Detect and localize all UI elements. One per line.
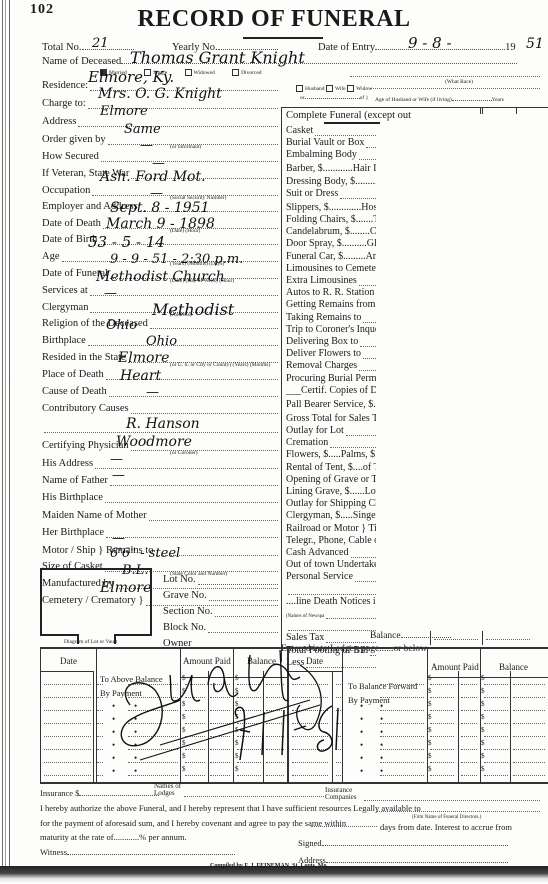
ledger-entry-line[interactable]	[380, 751, 424, 763]
field-row[interactable]: Her Birthplace	[42, 525, 278, 538]
charge-item[interactable]: Slippers, $.............Hos	[286, 201, 376, 213]
lot-diagram-border	[40, 634, 78, 636]
charge-item-label: ....line Death Notices in	[286, 596, 376, 607]
field-line	[288, 587, 376, 595]
charge-item[interactable]: Delivering Box to	[286, 335, 376, 347]
tick-mark	[480, 108, 481, 114]
field-line	[330, 440, 376, 448]
dollar-sign: $	[428, 726, 432, 734]
ledger-border	[40, 649, 41, 782]
age-value: 53 - 5 - 14	[88, 233, 165, 251]
lot-diagram-border	[114, 634, 152, 636]
field-line	[360, 339, 376, 347]
charge-item-label: Embalming Body	[286, 149, 357, 160]
charge-item[interactable]: Cremation	[286, 436, 376, 448]
charge-item[interactable]	[286, 619, 376, 631]
charge-item[interactable]: Trip to Coroner's Inquest	[286, 323, 376, 335]
widowed-checkbox[interactable]: Widowed	[185, 70, 215, 76]
charge-item[interactable]: ....line Death Notices in	[286, 595, 376, 607]
father-birthplace-value: —	[112, 468, 125, 483]
charge-item[interactable]: Funeral Car, $.........Amb	[286, 250, 376, 262]
charge-item-label: Personal Service	[286, 571, 353, 582]
field-line	[351, 550, 377, 558]
ledger-entry-line[interactable]	[380, 725, 424, 737]
husband-checkbox[interactable]: Husband	[296, 86, 325, 92]
ledger-entry-line[interactable]	[513, 712, 545, 724]
ledger-entry-line[interactable]	[513, 699, 545, 711]
charge-item[interactable]: Clergyman, $.....Singers, $	[286, 509, 376, 521]
charge-item-label: Flowers, $.....Palms, $	[286, 449, 375, 460]
field-label: Address	[42, 116, 76, 127]
spouse-line	[370, 88, 540, 89]
ledger-entry-line[interactable]	[513, 673, 545, 685]
charge-item-label: Delivering Box to	[286, 336, 358, 347]
tick-mark	[516, 108, 517, 114]
field-line	[90, 287, 278, 296]
ledger-entry-line[interactable]	[461, 699, 477, 711]
charge-item[interactable]: Casket	[286, 124, 376, 136]
year-prefix: 19	[505, 42, 516, 53]
field-label: Residence:	[42, 80, 88, 91]
charge-item-label: Candelabrum, $........Can	[286, 226, 376, 237]
address-field[interactable]: Address	[298, 855, 508, 865]
ledger-entry-line[interactable]	[44, 725, 91, 737]
charge-item[interactable]: Autos to R. R. Station	[286, 286, 376, 298]
charge-item-label: Opening of Grave or Tomb	[286, 474, 376, 485]
occupation-value: Ash. Ford Mot.	[100, 169, 206, 185]
dollar-sign: $	[481, 765, 485, 773]
religion-value: Methodist	[152, 300, 234, 319]
ledger-header-rule	[40, 671, 93, 672]
ledger-bullet: •	[360, 753, 363, 763]
field-line	[106, 529, 278, 538]
ledger-bullet: •	[380, 740, 383, 750]
age-spouse-field[interactable]: Age of Husband or Wife (if living)Years	[375, 97, 504, 103]
charge-item-label: Cash Advanced	[286, 547, 349, 558]
ledger-entry-line[interactable]	[513, 764, 545, 776]
charge-item-label: Slippers, $.............Hos	[286, 202, 376, 213]
charge-item[interactable]: Cash Advanced	[286, 546, 376, 558]
charge-item-label: Burial Vault or Box	[286, 137, 364, 148]
ledger-entry-line[interactable]	[430, 673, 454, 685]
ledger-entry-line[interactable]	[44, 699, 91, 711]
field-line	[78, 118, 278, 127]
field-line	[88, 337, 278, 346]
field-line	[363, 351, 376, 359]
ledger-right-amount-header: Amount Paid	[431, 662, 479, 672]
lot-diagram-box	[40, 568, 152, 636]
date-of-funeral-value: 9 - 9 - 51 - 2:30 p.m.	[110, 252, 243, 267]
field-line	[208, 624, 278, 633]
dollar-sign: $	[481, 752, 485, 760]
charge-item[interactable]: Getting Remains from	[286, 298, 376, 310]
size-of-casket-value: 6'6" - steel	[110, 546, 180, 561]
date-of-entry-label: Date of Entry	[318, 42, 375, 53]
charge-item[interactable]: Lining Grave, $......Lowe	[286, 485, 376, 497]
charge-item-label: Barber, $............Hair I	[286, 163, 376, 174]
field-line	[131, 405, 278, 414]
ledger-entry-line[interactable]	[380, 712, 424, 724]
page-binding-edge	[0, 0, 14, 884]
charge-item[interactable]: Sales Tax	[286, 631, 376, 643]
field-label: Order given by	[42, 134, 106, 145]
dollar-sign: $	[428, 752, 432, 760]
charge-item[interactable]	[286, 583, 376, 595]
date-of-birth-value: March 9 - 1898	[106, 216, 215, 232]
charge-item[interactable]: Candelabrum, $........Can	[286, 225, 376, 237]
charge-item[interactable]: Flowers, $.....Palms, $	[286, 448, 376, 460]
charge-item-label: Deliver Flowers to	[286, 348, 361, 359]
charge-item[interactable]: Suit or Dress	[286, 187, 376, 199]
field-line	[359, 278, 376, 286]
charge-item[interactable]: Pall Bearer Service, $.... U	[286, 398, 376, 410]
field-row[interactable]: Name of Father	[42, 473, 278, 486]
dollar-sign: $	[481, 713, 485, 721]
balance-line	[486, 631, 530, 640]
charge-item-label: Autos to R. R. Station	[286, 287, 374, 298]
place-of-death-value: Elmore	[118, 350, 169, 366]
witness-field[interactable]: Witness	[40, 847, 235, 857]
ledger-right-balance-header: Balance	[499, 662, 528, 672]
charge-item[interactable]: Deliver Flowers to	[286, 347, 376, 359]
field-line	[326, 635, 376, 643]
insurance-companies-field[interactable]	[364, 792, 540, 801]
employer-value: —	[150, 186, 163, 201]
charge-item-label: Limousines to Cemetery	[286, 263, 376, 274]
field-label: His Birthplace	[42, 492, 103, 503]
ledger-entry-line[interactable]	[513, 751, 545, 763]
charge-item[interactable]: Out of town Undertaker's C	[286, 558, 376, 570]
charge-item-label: Railroad or Motor } Tickets, $	[286, 523, 376, 534]
resided-in-state-value: Ohio	[146, 334, 177, 349]
physician-value: R. Hanson	[126, 416, 200, 432]
field-label: Resided in the State	[42, 352, 126, 363]
charge-item[interactable]: Extra Limousines	[286, 274, 376, 286]
deceased-name-value: Thomas Grant Knight	[130, 48, 305, 67]
ledger-col	[93, 671, 94, 782]
charge-item-label: Out of town Undertaker's C	[286, 559, 376, 570]
field-line	[355, 574, 376, 582]
firm-name-label: (Firm Name of Funeral Directors.)	[412, 815, 481, 820]
payment-date-handwriting	[228, 700, 358, 770]
spouse-status-group: Husband Wife Widow	[296, 85, 372, 92]
ledger-bullet: •	[380, 753, 383, 763]
widow-checkbox[interactable]: Widow	[347, 86, 372, 92]
field-line	[109, 388, 278, 397]
ledger-entry-line[interactable]	[461, 764, 477, 776]
ledger-entry-line[interactable]	[430, 738, 454, 750]
residence-value: Elmore, Ky.	[88, 68, 174, 86]
contributory-causes-value: —	[146, 385, 159, 400]
lodges-field[interactable]	[184, 788, 324, 797]
insurance-field[interactable]: Insurance $	[40, 788, 159, 798]
charge-item[interactable]: Railroad or Motor } Tickets, $	[286, 522, 376, 534]
field-line	[346, 428, 376, 436]
ledger-entry-line[interactable]	[513, 686, 545, 698]
ledger-entry-line[interactable]	[513, 725, 545, 737]
race-line	[350, 76, 540, 77]
field-line	[110, 477, 278, 486]
charge-item[interactable]: (Names of Newspa	[286, 607, 376, 619]
field-label: Birthplace	[42, 335, 86, 346]
ledger-bullet: •	[380, 766, 383, 776]
charge-item[interactable]: Taking Remains to	[286, 311, 376, 323]
ledger-bullet: •	[360, 714, 363, 724]
ledger-left-date-header: Date	[60, 656, 77, 666]
ledger-entry-line[interactable]	[44, 751, 91, 763]
charge-item[interactable]: Personal Service	[286, 570, 376, 582]
ledger-entry-line[interactable]	[380, 764, 424, 776]
days-text: days from date. Interest to accrue from	[380, 822, 512, 832]
ledger-bullet: •	[380, 714, 383, 724]
ledger-entry-line[interactable]	[44, 673, 91, 685]
charge-item-label: Lining Grave, $......Lowe	[286, 486, 376, 497]
ledger-entry-line[interactable]	[484, 725, 508, 737]
ledger-bullet: •	[360, 740, 363, 750]
ledger-entry-line[interactable]	[44, 712, 91, 724]
field-label: How Secured	[42, 151, 99, 162]
charge-item-label: Trip to Coroner's Inquest	[286, 324, 376, 335]
lot-field-label: Section No.	[163, 606, 213, 617]
lot-field-row[interactable]: Lot No.	[163, 572, 278, 585]
field-line	[150, 320, 278, 329]
ledger-col	[458, 671, 459, 782]
what-race-label: (What Race)	[445, 79, 473, 85]
lot-field-row[interactable]: Grave No.	[163, 588, 278, 601]
field-line	[288, 623, 376, 631]
charge-item-label: Folding Chairs, $.......Tar	[286, 214, 376, 225]
charge-item-label: Sales Tax	[286, 632, 324, 643]
ledger-entry-line[interactable]	[484, 699, 508, 711]
lot-field-label: Block No.	[163, 622, 206, 633]
field-line	[215, 608, 278, 617]
year-value: 51	[526, 36, 544, 52]
authorize-text: I hereby authorize the above Funeral, an…	[40, 803, 421, 813]
field-line	[149, 512, 278, 521]
charge-item-label: Cremation	[286, 437, 328, 448]
field-label: Contributory Causes	[42, 403, 129, 414]
dollar-sign: $	[428, 765, 432, 773]
ledger-entry-line[interactable]	[484, 712, 508, 724]
ledger-entry-line[interactable]	[380, 686, 424, 698]
lot-field-row[interactable]: Block No.	[163, 620, 278, 633]
lodges-label: Names of Lodges	[154, 783, 184, 797]
charge-item[interactable]: Gross Total for Sales Tax	[286, 412, 376, 424]
field-row[interactable]: His Address	[42, 456, 278, 469]
charge-item[interactable]: Rental of Tent, $....of Tem	[286, 461, 376, 473]
ledger-col	[510, 671, 511, 782]
dollar-sign: $	[428, 687, 432, 695]
field-line	[315, 128, 376, 136]
charge-item[interactable]: Limousines to Cemetery	[286, 262, 376, 274]
field-label: Services at	[42, 285, 88, 296]
ledger-entry-line[interactable]	[430, 699, 454, 711]
insurance-companies-label: Insurance Companies	[325, 787, 365, 801]
firm-name-field[interactable]	[376, 803, 540, 812]
ledger-bullet: •	[360, 701, 363, 711]
charge-item[interactable]: Embalming Body	[286, 148, 376, 160]
lot-field-label: Grave No.	[163, 590, 207, 601]
ledger-bullet: •	[360, 727, 363, 737]
ledger-entry-line[interactable]	[430, 712, 454, 724]
dollar-sign: $	[428, 739, 432, 747]
charge-item-label: Funeral Car, $.........Amb	[286, 251, 376, 262]
field-label: Age	[42, 251, 60, 262]
charge-item-label: Getting Remains from	[286, 299, 375, 310]
field-label: Maiden Name of Mother	[42, 510, 147, 521]
dollar-sign: $	[481, 700, 485, 708]
field-line	[326, 611, 376, 619]
field-label: Place of Death	[42, 369, 104, 380]
ledger-entry-line[interactable]	[461, 712, 477, 724]
ledger-entry-line[interactable]	[430, 764, 454, 776]
ledger-entry-line[interactable]	[484, 686, 508, 698]
field-row[interactable]: His Birthplace	[42, 490, 278, 503]
days-field[interactable]	[311, 818, 377, 827]
form-title: RECORD OF FUNERAL	[0, 6, 548, 33]
charge-item[interactable]: Folding Chairs, $.......Tar	[286, 213, 376, 225]
ledger-bullet: •	[360, 766, 363, 776]
charge-item-label: Outlay for Shipping Charge	[286, 498, 376, 509]
deceased-name-label: Name of Deceased	[42, 56, 121, 67]
charge-item-label: Dressing Body, $..........U	[286, 176, 376, 187]
ledger-entry-line[interactable]	[484, 738, 508, 750]
field-row[interactable]: Maiden Name of Mother	[42, 508, 278, 521]
ledger-entry-line[interactable]	[430, 725, 454, 737]
ledger-entry-line[interactable]	[380, 738, 424, 750]
spouse-or-of: orof }	[300, 95, 368, 101]
maturity-text: maturity at the rate of............% per…	[40, 832, 187, 842]
signed-field[interactable]: Signed	[298, 838, 508, 848]
remains-to-value: —	[112, 531, 125, 546]
charge-item[interactable]: Removal Charges	[286, 359, 376, 371]
charge-item-label: Gross Total for Sales Tax	[286, 413, 376, 424]
ledger-entry-line[interactable]	[380, 673, 424, 685]
date-of-death-value: Sept. 8 - 1951	[110, 200, 210, 216]
charge-item-label: Removal Charges	[286, 360, 357, 371]
charge-item-label: Extra Limousines	[286, 275, 357, 286]
charge-item-label: Taking Remains to	[286, 312, 361, 323]
total-no-field[interactable]: Total No.	[42, 42, 134, 53]
balance-line	[434, 631, 478, 640]
ledger-bullet: •	[380, 701, 383, 711]
field-label: Cause of Death	[42, 386, 107, 397]
field-line	[101, 153, 278, 162]
title-underline	[243, 37, 323, 39]
ledger-entry-line[interactable]	[430, 751, 454, 763]
divorced-checkbox[interactable]: Divorced	[232, 70, 261, 76]
charge-item-label: Rental of Tent, $....of Tem	[286, 462, 376, 473]
charge-to-value: Mrs. O. G. Knight	[98, 86, 222, 102]
ledger-entry-line[interactable]	[484, 673, 508, 685]
cause-of-death-value: Heart	[120, 368, 161, 384]
ledger-entry-line[interactable]	[430, 686, 454, 698]
charge-item[interactable]: Outlay for Lot	[286, 424, 376, 436]
charge-item-label: Procuring Burial Permit	[286, 373, 376, 384]
dollar-sign: $	[481, 739, 485, 747]
dollar-sign: $	[428, 674, 432, 682]
ledger-entry-line[interactable]	[461, 686, 477, 698]
field-row[interactable]: Contributory Causes	[42, 401, 278, 414]
ledger-entry-line[interactable]	[461, 725, 477, 737]
field-line	[340, 191, 376, 199]
charge-item-label: ___Certif. Copies of Death Cer	[286, 385, 376, 396]
ledger-entry-line[interactable]	[380, 699, 424, 711]
ledger-entry-line[interactable]	[461, 751, 477, 763]
charge-item-label: Door Spray, $..........Glo	[286, 238, 376, 249]
charge-item-label: Clergyman, $.....Singers, $	[286, 510, 376, 521]
ledger-entry-line[interactable]	[461, 738, 477, 750]
order-given-by-value: Same	[124, 122, 161, 137]
ledger-entry-line[interactable]	[513, 738, 545, 750]
wife-checkbox[interactable]: Wife	[326, 86, 346, 92]
dollar-sign: $	[481, 674, 485, 682]
field-label: His Address	[42, 458, 93, 469]
charge-item[interactable]: Door Spray, $..........Glo	[286, 237, 376, 249]
field-label: Her Birthplace	[42, 527, 104, 538]
tick-mark	[482, 108, 483, 114]
field-line	[359, 152, 376, 160]
charge-item-label: Telegr., Phone, Cable or Rad	[286, 535, 376, 546]
services-at-value: Methodist Church	[96, 269, 225, 285]
field-line	[359, 363, 376, 371]
field-label: Clergyman	[42, 302, 88, 313]
charge-item[interactable]: Opening of Grave or Tomb	[286, 473, 376, 485]
charge-item[interactable]: Burial Vault or Box	[286, 136, 376, 148]
ledger-entry-line[interactable]	[44, 686, 91, 698]
how-secured-value: —	[140, 138, 153, 153]
dollar-sign: $	[428, 700, 432, 708]
field-label: Name of Father	[42, 475, 108, 486]
dollar-sign: $	[481, 687, 485, 695]
field-line	[366, 140, 376, 148]
lot-field-row[interactable]: Section No.	[163, 604, 278, 617]
ledger-entry-line[interactable]	[484, 764, 508, 776]
charge-item[interactable]: ___Certif. Copies of Death Cer	[286, 384, 376, 396]
divider	[482, 631, 483, 645]
field-row[interactable]: Cause of Death	[42, 384, 278, 397]
compiled-by: Compiled by F. J. FEINEMAN, St. Louis, M…	[210, 863, 328, 869]
ledger-bullet: •	[380, 727, 383, 737]
charge-item[interactable]: Dressing Body, $..........U	[286, 175, 376, 187]
field-label: Date of Death	[42, 218, 101, 229]
charge-item[interactable]: Telegr., Phone, Cable or Rad	[286, 534, 376, 546]
field-line	[209, 592, 278, 601]
birthplace-value: Ohio	[106, 318, 137, 333]
field-line	[363, 315, 376, 323]
charge-item-label: Casket	[286, 125, 313, 136]
charge-item[interactable]: Barber, $............Hair I	[286, 162, 376, 174]
physician-address-value: Woodmore	[116, 434, 192, 450]
covenant-text: for the payment of aforesaid sum, and I …	[40, 818, 346, 828]
charges-heading: Complete Funeral (except out	[286, 110, 411, 121]
clergyman-value: —	[104, 286, 117, 301]
ledger-entry-line[interactable]	[44, 738, 91, 750]
charge-item[interactable]: Outlay for Shipping Charge	[286, 497, 376, 509]
address-value: Elmore	[100, 104, 148, 119]
dollar-sign: $	[428, 713, 432, 721]
total-no-value: 21	[92, 36, 109, 51]
charge-item-label: Outlay for Lot	[286, 425, 344, 436]
field-label: Charge to:	[42, 98, 86, 109]
lot-field-label: Lot No.	[163, 574, 196, 585]
ledger-entry-line[interactable]	[461, 673, 477, 685]
ledger-entry-line[interactable]	[44, 764, 91, 776]
field-label: Occupation	[42, 185, 90, 196]
ledger-entry-line[interactable]	[484, 751, 508, 763]
charge-item[interactable]: Procuring Burial Permit	[286, 372, 376, 384]
date-of-entry-value: 9 - 8 -	[408, 34, 452, 52]
